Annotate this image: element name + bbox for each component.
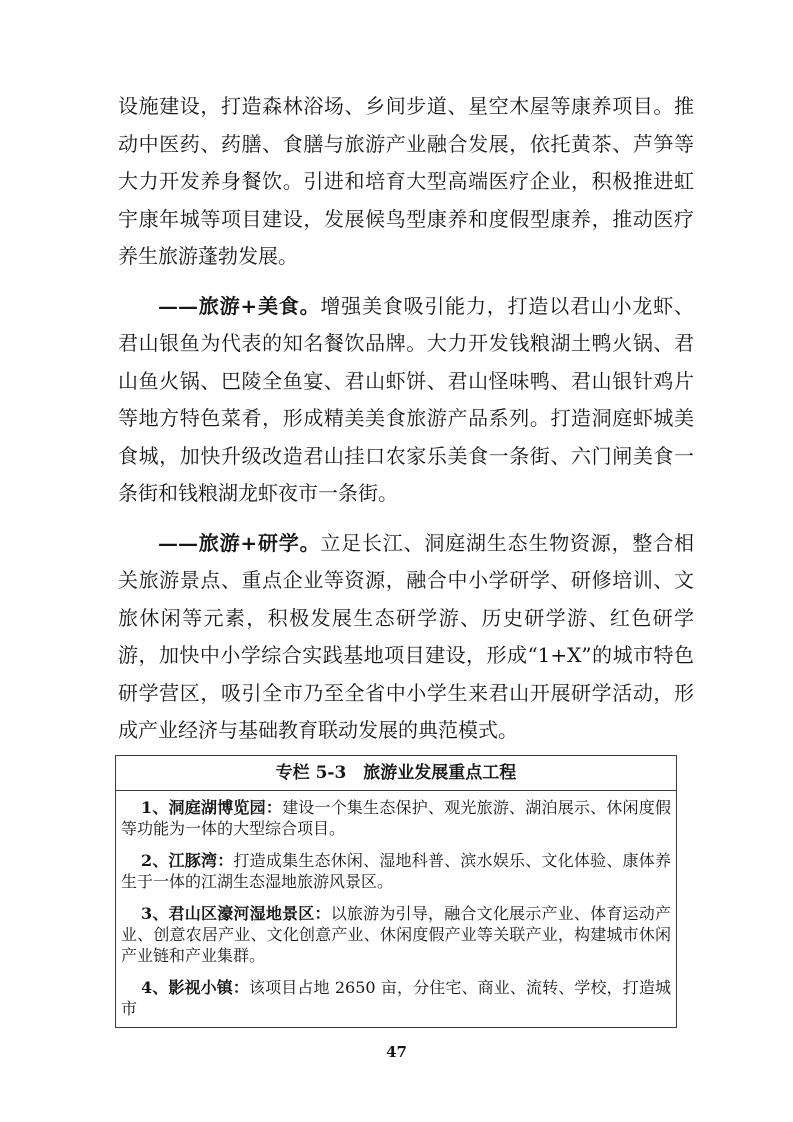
box-item: 1、洞庭湖博览园：建设一个集生态保护、观光旅游、湖泊展示、休闲度假等功能为一体的…	[121, 797, 671, 839]
page-number: 47	[0, 1043, 793, 1061]
box-body: 1、洞庭湖博览园：建设一个集生态保护、观光旅游、湖泊展示、休闲度假等功能为一体的…	[116, 791, 676, 1027]
box-item: 4、影视小镇：该项目占地 2650 亩，分住宅、商业、流转、学校，打造城市	[121, 977, 671, 1019]
box-title: 专栏 5-3 旅游业发展重点工程	[116, 756, 676, 791]
paragraph-text: 设施建设，打造森林浴场、乡间步道、星空木屋等康养项目。推动中医药、药膳、食膳与旅…	[118, 94, 694, 268]
page-content: 设施建设，打造森林浴场、乡间步道、星空木屋等康养项目。推动中医药、药膳、食膳与旅…	[118, 88, 694, 1028]
body-paragraph: ——旅游+美食。增强美食吸引能力，打造以君山小龙虾、君山银鱼为代表的知名餐饮品牌…	[118, 288, 694, 513]
box-item: 3、君山区濠河湿地景区：以旅游为引导，融合文化展示产业、体育运动产业、创意农居产…	[121, 903, 671, 966]
paragraph-lead: ——旅游+美食。	[158, 294, 320, 318]
body-paragraph: 设施建设，打造森林浴场、乡间步道、星空木屋等康养项目。推动中医药、药膳、食膳与旅…	[118, 88, 694, 276]
highlight-column-box: 专栏 5-3 旅游业发展重点工程 1、洞庭湖博览园：建设一个集生态保护、观光旅游…	[115, 755, 677, 1028]
paragraph-text: 增强美食吸引能力，打造以君山小龙虾、君山银鱼为代表的知名餐饮品牌。大力开发钱粮湖…	[118, 294, 694, 506]
box-item-label: 1、洞庭湖博览园：	[141, 798, 282, 817]
box-item-label: 4、影视小镇：	[141, 978, 249, 997]
box-item: 2、江豚湾：打造成集生态休闲、湿地科普、滨水娱乐、文化体验、康体养生于一体的江湖…	[121, 850, 671, 892]
paragraph-text: 立足长江、洞庭湖生态生物资源，整合相关旅游景点、重点企业等资源，融合中小学研学、…	[118, 531, 694, 743]
body-paragraph: ——旅游+研学。立足长江、洞庭湖生态生物资源，整合相关旅游景点、重点企业等资源，…	[118, 525, 694, 750]
box-item-label: 3、君山区濠河湿地景区：	[141, 904, 331, 923]
paragraph-lead: ——旅游+研学。	[158, 531, 320, 555]
box-item-label: 2、江豚湾：	[141, 851, 233, 870]
